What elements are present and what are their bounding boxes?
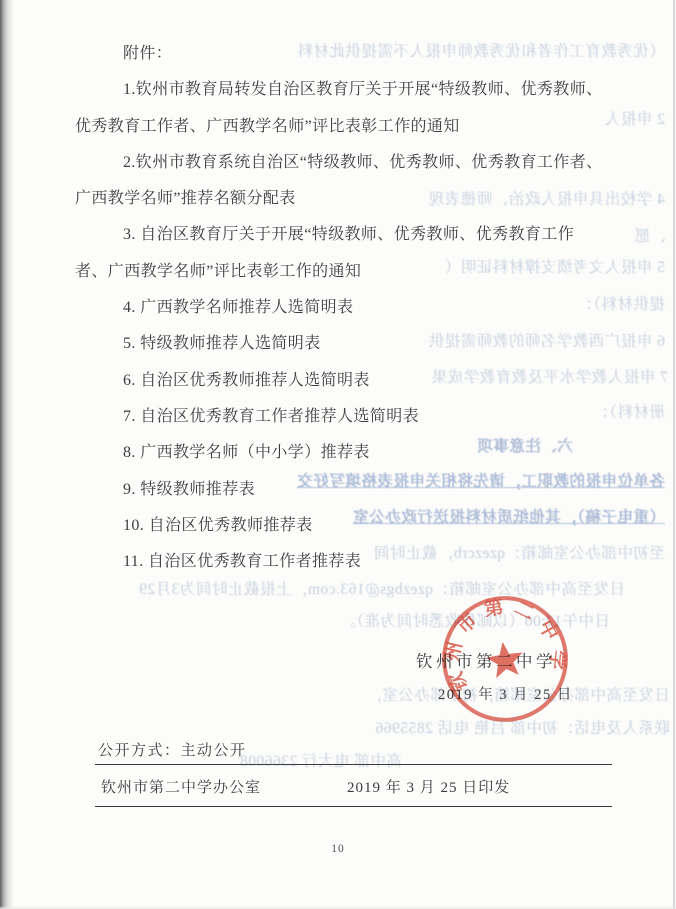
attachment-item-3-wrap: 者、广西教学名师”评比表彰工作的通知 xyxy=(75,254,635,290)
seal-text: 钦州市第二中学 xyxy=(434,588,573,696)
footer-rule-bottom xyxy=(95,806,612,807)
scan-edge-right xyxy=(673,0,675,909)
attachment-item-6: 6. 自治区优秀教师推荐人选简明表 xyxy=(75,363,635,399)
seal-star-icon xyxy=(484,639,525,679)
attachment-item-4: 4. 广西教学名师推荐人选简明表 xyxy=(75,290,635,326)
disclosure-method: 公开方式：主动公开 xyxy=(98,739,247,760)
svg-text:钦州市第二中学: 钦州市第二中学 xyxy=(434,588,573,696)
attachment-list: 附件： 1.钦州市教育局转发自治区教育厅关于开展“特级教师、优秀教师、 优秀教育… xyxy=(75,36,635,580)
attachment-item-5: 5. 特级教师推荐人选简明表 xyxy=(75,326,635,362)
attachment-item-9: 9. 特级教师推荐表 xyxy=(75,472,635,508)
attachment-item-7: 7. 自治区优秀教育工作者推荐人选简明表 xyxy=(75,399,635,435)
attachment-item-2-wrap: 广西教学名师”推荐名额分配表 xyxy=(75,181,635,217)
attachment-item-11: 11. 自治区优秀教育工作者推荐表 xyxy=(75,544,635,580)
bleed-through-line: 高中部 电大行 2366008 xyxy=(262,752,402,772)
page-number: 10 xyxy=(328,843,348,855)
scan-edge-left xyxy=(0,0,14,909)
attachment-item-2: 2.钦州市教育系统自治区“特级教师、优秀教师、优秀教育工作者、 xyxy=(75,145,635,181)
attachment-item-1-wrap: 优秀教育工作者、广西教学名师”评比表彰工作的通知 xyxy=(75,109,635,145)
official-seal: 钦州市第二中学 xyxy=(434,588,576,730)
print-date: 2019 年 3 月 25 日印发 xyxy=(347,776,510,797)
footer-rule-top xyxy=(95,764,612,765)
attachment-item-1: 1.钦州市教育局转发自治区教育厅关于开展“特级教师、优秀教师、 xyxy=(75,72,635,108)
attachment-item-3: 3. 自治区教育厅关于开展“特级教师、优秀教师、优秀教育工作 xyxy=(75,217,635,253)
issuing-office: 钦州市第二中学办公室 xyxy=(101,776,261,797)
attachment-item-10: 10. 自治区优秀教师推荐表 xyxy=(75,508,635,544)
scanned-document-page: （优秀教育工作者和优秀教师申报人不需提供此材料 2 申报人 4 学校出具申报人政… xyxy=(0,0,676,909)
attachments-label: 附件： xyxy=(75,36,635,72)
attachment-item-8: 8. 广西教学名师（中小学）推荐表 xyxy=(75,435,635,471)
